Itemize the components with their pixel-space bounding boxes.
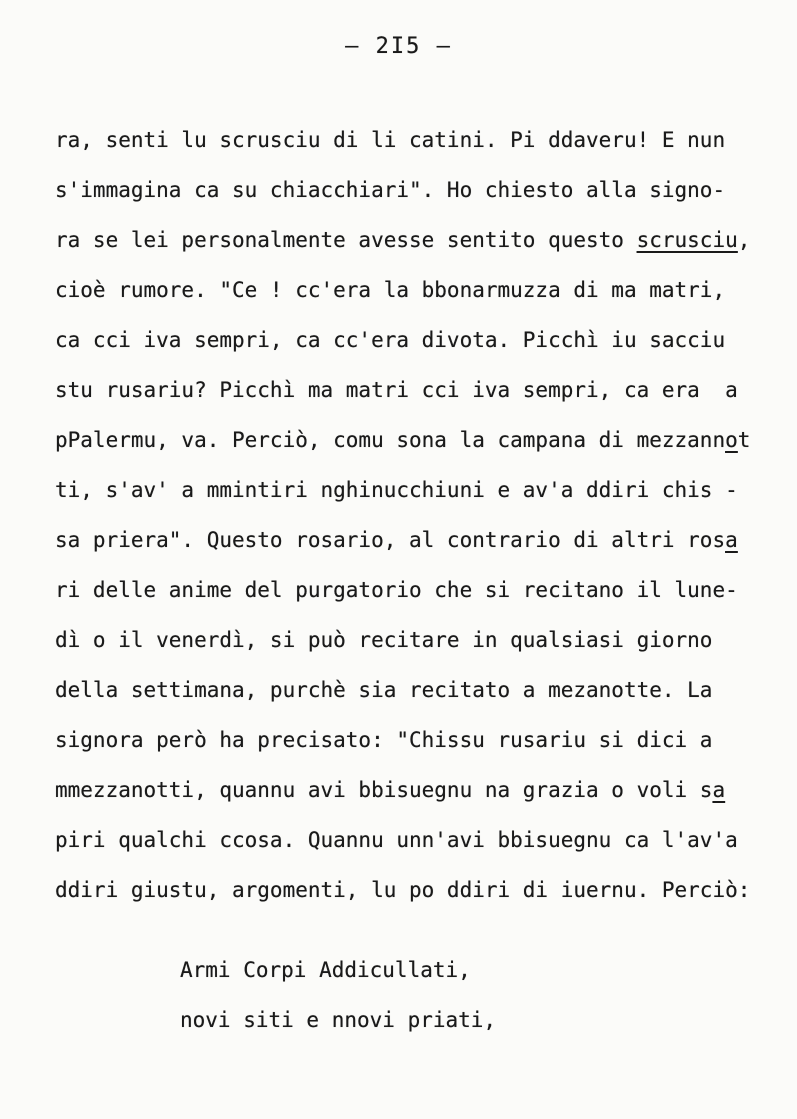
text-line: ra, senti lu scrusciu di li catini. Pi d…	[55, 115, 755, 165]
text-line: dì o il venerdì, si può recitare in qual…	[55, 615, 755, 665]
text-segment: t	[738, 428, 751, 452]
text-segment: sa priera". Questo rosario, al contrario…	[55, 528, 725, 552]
text-segment: ca cci iva sempri, ca cc'era divota. Pic…	[55, 328, 725, 352]
underlined-word: scrusciu	[637, 228, 738, 252]
text-line: signora però ha precisato: "Chissu rusar…	[55, 715, 755, 765]
text-line: ti, s'av' a mmintiri nghinucchiuni e av'…	[55, 465, 755, 515]
text-segment: cioè rumore. "Ce ! cc'era la bbonarmuzza…	[55, 278, 725, 302]
text-line: sa priera". Questo rosario, al contrario…	[55, 515, 755, 565]
verse-block: Armi Corpi Addicullati,novi siti e nnovi…	[55, 945, 755, 1045]
text-segment: piri qualchi ccosa. Quannu unn'avi bbisu…	[55, 828, 738, 852]
text-segment: ti, s'av' a mmintiri nghinucchiuni e av'…	[55, 478, 738, 502]
verse-line: novi siti e nnovi priati,	[180, 995, 755, 1045]
text-segment: ddiri giustu, argomenti, lu po ddiri di …	[55, 878, 750, 902]
text-line: della settimana, purchè sia recitato a m…	[55, 665, 755, 715]
text-segment: ra se lei personalmente avesse sentito q…	[55, 228, 637, 252]
underlined-word: o	[725, 428, 738, 452]
text-segment: dì o il venerdì, si può recitare in qual…	[55, 628, 712, 652]
underlined-word: a	[712, 778, 725, 802]
text-line: stu rusariu? Picchì ma matri cci iva sem…	[55, 365, 755, 415]
text-segment: della settimana, purchè sia recitato a m…	[55, 678, 712, 702]
underlined-word: a	[725, 528, 738, 552]
text-line: ca cci iva sempri, ca cc'era divota. Pic…	[55, 315, 755, 365]
text-segment: ra, senti lu scrusciu di li catini. Pi d…	[55, 128, 725, 152]
text-line: ddiri giustu, argomenti, lu po ddiri di …	[55, 865, 755, 915]
scanned-page: – 2I5 – ra, senti lu scrusciu di li cati…	[0, 0, 797, 1119]
text-segment: ,	[738, 228, 751, 252]
text-segment: ri delle anime del purgatorio che si rec…	[55, 578, 738, 602]
text-segment: stu rusariu? Picchì ma matri cci iva sem…	[55, 378, 738, 402]
body-text: ra, senti lu scrusciu di li catini. Pi d…	[55, 115, 755, 915]
text-line: s'immagina ca su chiacchiari". Ho chiest…	[55, 165, 755, 215]
page-number: – 2I5 –	[0, 32, 797, 62]
text-segment: s'immagina ca su chiacchiari". Ho chiest…	[55, 178, 725, 202]
text-segment: signora però ha precisato: "Chissu rusar…	[55, 728, 712, 752]
text-line: piri qualchi ccosa. Quannu unn'avi bbisu…	[55, 815, 755, 865]
text-segment: pPalermu, va. Perciò, comu sona la campa…	[55, 428, 725, 452]
text-segment: mmezzanotti, quannu avi bbisuegnu na gra…	[55, 778, 712, 802]
text-line: cioè rumore. "Ce ! cc'era la bbonarmuzza…	[55, 265, 755, 315]
text-line: ri delle anime del purgatorio che si rec…	[55, 565, 755, 615]
text-line: mmezzanotti, quannu avi bbisuegnu na gra…	[55, 765, 755, 815]
text-line: pPalermu, va. Perciò, comu sona la campa…	[55, 415, 755, 465]
verse-line: Armi Corpi Addicullati,	[180, 945, 755, 995]
text-line: ra se lei personalmente avesse sentito q…	[55, 215, 755, 265]
